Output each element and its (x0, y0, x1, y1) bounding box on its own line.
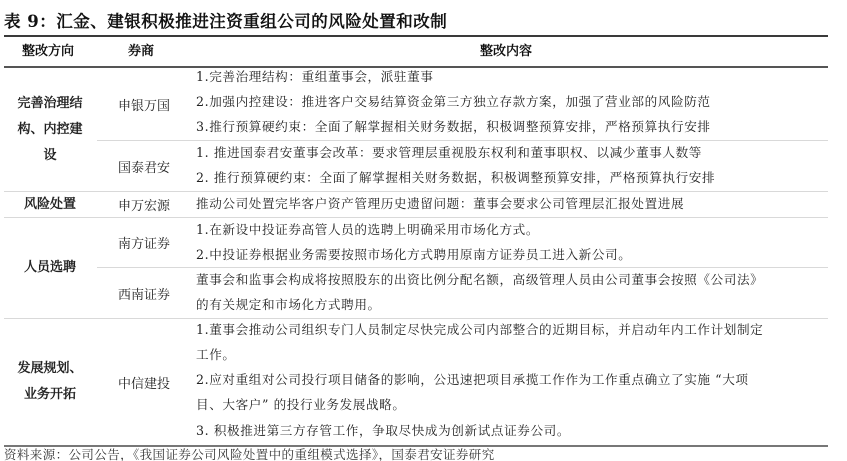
category-cell-staffing: 人员选聘 (4, 218, 96, 318)
content-line: 董事会和监事会构成将按照股东的出资比例分配名额，高级管理人员由公司董事会按照《公… (196, 267, 763, 293)
header-broker: 券商 (128, 37, 154, 66)
content-line: 2.加强内控建设：推进客户交易结算资金第三方独立存款方案，加强了营业部的风险防范 (196, 89, 711, 115)
content-line: 工作。 (196, 342, 236, 368)
table-title: 表 9：汇金、建银积极推进注资重组公司的风险处置和改制 (4, 8, 447, 32)
broker-cell: 国泰君安 (100, 141, 188, 191)
content-line: 1. 推进国泰君安董事会改革：要求管理层重视股东权利和董事职权、以减少董事人数等 (196, 140, 702, 166)
header-direction: 整改方向 (22, 37, 74, 66)
category-cell-risk: 风险处置 (4, 192, 96, 217)
content-line: 推动公司处置完毕客户资产管理历史遗留问题：董事会要求公司管理层汇报处置进展 (196, 191, 684, 217)
broker-cell: 南方证券 (100, 218, 188, 267)
category-line: 业务开拓 (24, 382, 76, 408)
content-line: 1.董事会推动公司组织专门人员制定尽快完成公司内部整合的近期目标，并启动年内工作… (196, 317, 763, 343)
broker-cell: 申银万国 (100, 68, 188, 140)
content-line: 3.推行预算硬约束：全面了解掌握相关财务数据，积极调整预算安排，严格预算执行安排 (196, 114, 711, 140)
content-line: 1.在新设中投证券高管人员的选聘上明确采用市场化方式。 (196, 217, 539, 243)
content-line: 2. 推行预算硬约束：全面了解掌握相关财务数据，积极调整预算安排，严格预算执行安… (196, 165, 715, 191)
source-note: 资料来源：公司公告，《我国证券公司风险处置中的重组模式选择》，国泰君安证券研究 (4, 446, 495, 461)
content-line: 的有关规定和市场化方式聘用。 (196, 292, 381, 318)
category-cell-development: 发展规划、 业务开拓 (4, 319, 96, 445)
content-line: 2.中投证券根据业务需要按照市场化方式聘用原南方证券员工进入新公司。 (196, 242, 631, 268)
content-line: 目、大客户” 的投行业务发展战略。 (196, 392, 406, 418)
category-cell-governance: 完善治理结 构、内控建 设 (4, 68, 96, 191)
content-line: 2.应对重组对公司投行项目储备的影响，公迅速把项目承揽工作作为工作重点确立了实施… (196, 367, 749, 393)
content-line: 1.完善治理结构：重组董事会，派驻董事 (196, 64, 434, 90)
category-line: 设 (43, 143, 56, 169)
broker-cell: 中信建投 (100, 319, 188, 445)
content-line: 3. 积极推进第三方存管工作，争取尽快成为创新试点证券公司。 (196, 418, 570, 444)
header-content: 整改内容 (480, 37, 532, 66)
broker-cell: 西南证券 (100, 268, 188, 318)
category-line: 完善治理结 (17, 91, 82, 117)
category-line: 构、内控建 (17, 117, 82, 143)
category-line: 发展规划、 (17, 356, 82, 382)
broker-cell: 申万宏源 (100, 192, 188, 217)
